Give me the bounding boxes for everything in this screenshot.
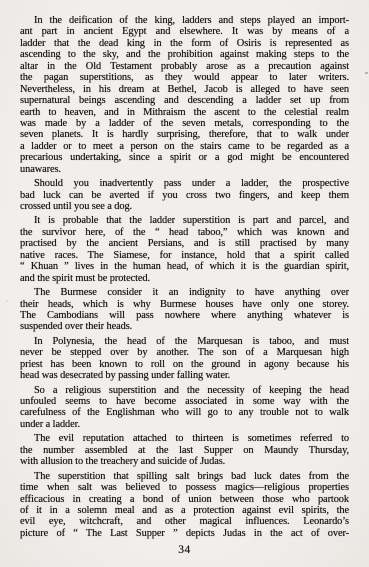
- paragraph: In the deification of the king, ladders …: [20, 15, 349, 175]
- text-line: So a religious superstition and the nece…: [20, 385, 349, 396]
- paragraph: The Burmese consider it an indignity to …: [20, 287, 349, 333]
- text-line: altar in the Old Testament probably aros…: [20, 61, 349, 72]
- paragraph: It is probable that the ladder superstit…: [20, 215, 349, 284]
- text-line: practised by the ancient Persians, and i…: [20, 238, 349, 249]
- text-line: The Cambodians will pass nowhere where a…: [20, 310, 349, 321]
- text-line: ascending to the sky, and the prohibitio…: [20, 49, 349, 60]
- text-line: bad luck can be averted if you cross two…: [20, 190, 349, 201]
- text-line: was made by a ladder of the seven metals…: [20, 118, 349, 129]
- text-line: evil eye, witchcraft, and other magical …: [20, 516, 349, 527]
- text-line: The Burmese consider it an indignity to …: [20, 287, 349, 298]
- text-line: time when salt was believed to possess m…: [20, 482, 349, 493]
- text-line: the number assembled at the last Supper …: [20, 445, 349, 456]
- text-line: supernatural beings ascending and descen…: [20, 95, 349, 106]
- text-line: precarious undertaking, since a spirit o…: [20, 152, 349, 163]
- text-line: priest has been known to roll on the gro…: [20, 359, 349, 370]
- text-line: “ Khuan ” lives in the human head, of wh…: [20, 261, 349, 272]
- text-line: and the spirit must be protected.: [20, 273, 349, 284]
- text-line: the survivor here, of the “ head taboo,”…: [20, 227, 349, 238]
- text-block: In the deification of the king, ladders …: [20, 15, 349, 539]
- book-page: In the deification of the king, ladders …: [0, 0, 369, 567]
- text-line: crossed until you see a dog.: [20, 201, 349, 212]
- text-line: seven planets. It is hardly surprising, …: [20, 129, 349, 140]
- text-line: It is probable that the ladder superstit…: [20, 215, 349, 226]
- text-line: unfouled seems to have become associated…: [20, 396, 349, 407]
- text-line: native races. The Siamese, for instance,…: [20, 250, 349, 261]
- text-line: The evil reputation attached to thirteen…: [20, 433, 349, 444]
- text-line: a ladder or to meet a person on the stai…: [20, 141, 349, 152]
- text-line: their heads, which is why Burmese houses…: [20, 299, 349, 310]
- text-line: unawares.: [20, 164, 349, 175]
- text-line: The superstition that spilling salt brin…: [20, 471, 349, 482]
- paragraph: In Polynesia, the head of the Marquesan …: [20, 336, 349, 382]
- paragraph: So a religious superstition and the nece…: [20, 385, 349, 431]
- text-line: Should you inadvertently pass under a la…: [20, 178, 349, 189]
- scan-speck: [6, 300, 8, 302]
- paragraph: The superstition that spilling salt brin…: [20, 471, 349, 540]
- text-line: earth to heaven, and in Mithraism the as…: [20, 107, 349, 118]
- text-line: never be stepped over by another. The so…: [20, 347, 349, 358]
- text-line: carefulness of the Englishman who will g…: [20, 407, 349, 418]
- text-line: under a ladder.: [20, 419, 349, 430]
- text-line: ladder that the dead king in the form of…: [20, 38, 349, 49]
- text-line: efficacious in creating a bond of union …: [20, 494, 349, 505]
- text-line: Nevertheless, in his dream at Bethel, Ja…: [20, 84, 349, 95]
- page-number: 34: [20, 544, 349, 556]
- scan-speck: [365, 72, 368, 74]
- text-line: In Polynesia, the head of the Marquesan …: [20, 336, 349, 347]
- text-line: ant part in ancient Egypt and elsewhere.…: [20, 26, 349, 37]
- text-line: In the deification of the king, ladders …: [20, 15, 349, 26]
- paragraph: The evil reputation attached to thirteen…: [20, 433, 349, 467]
- text-line: picture of “ The Last Supper ” depicts J…: [20, 528, 349, 539]
- text-line: with allusion to the treachery and suici…: [20, 456, 349, 467]
- text-line: suspended over their heads.: [20, 321, 349, 332]
- text-line: head was desecrated by passing under fal…: [20, 370, 349, 381]
- text-line: the pagan superstitions, as they would a…: [20, 72, 349, 83]
- paragraph: Should you inadvertently pass under a la…: [20, 178, 349, 212]
- text-line: of it in a solemn meal and as a protecti…: [20, 505, 349, 516]
